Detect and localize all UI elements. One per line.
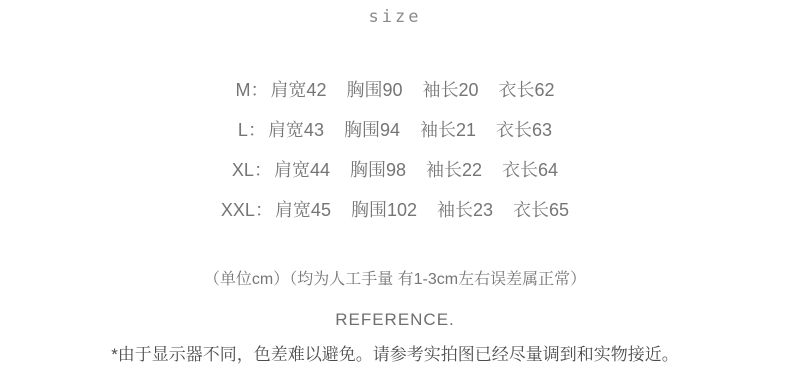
shoulder-value: 肩宽45	[275, 190, 331, 230]
length-value: 衣长62	[499, 70, 555, 110]
bust-value: 胸围90	[346, 70, 402, 110]
shoulder-value: 肩宽42	[270, 70, 326, 110]
size-label: XL：	[232, 150, 272, 190]
size-label: M：	[235, 70, 268, 110]
separator: ：	[255, 200, 273, 220]
sleeve-value: 袖长22	[426, 150, 482, 190]
separator: ：	[254, 160, 272, 180]
bust-value: 胸围94	[344, 110, 400, 150]
color-difference-disclaimer: *由于显示器不同，色差难以避免。请参考实拍图已经尽量调到和实物接近。	[0, 344, 790, 366]
page-title: size	[0, 7, 790, 27]
reference-note: REFERENCE.	[0, 309, 790, 331]
size-label: L：	[238, 110, 266, 150]
bust-value: 胸围102	[351, 190, 417, 230]
length-value: 衣长63	[496, 110, 552, 150]
size-label: XXL：	[221, 190, 273, 230]
table-row-l: L：肩宽43胸围94袖长21衣长63	[0, 110, 790, 150]
bust-value: 胸围98	[350, 150, 406, 190]
table-row-xxl: XXL：肩宽45胸围102袖长23衣长65	[0, 190, 790, 230]
separator: ：	[248, 120, 266, 140]
unit-note: （单位cm）（均为人工手量 有1-3cm左右误差属正常）	[0, 269, 790, 291]
shoulder-value: 肩宽43	[268, 110, 324, 150]
length-value: 衣长64	[502, 150, 558, 190]
size-chart-page: size M：肩宽42胸围90袖长20衣长62 L：肩宽43胸围94袖长21衣长…	[0, 0, 790, 378]
sleeve-value: 袖长20	[423, 70, 479, 110]
sleeve-value: 袖长21	[420, 110, 476, 150]
table-row-xl: XL：肩宽44胸围98袖长22衣长64	[0, 150, 790, 190]
sleeve-value: 袖长23	[437, 190, 493, 230]
shoulder-value: 肩宽44	[274, 150, 330, 190]
length-value: 衣长65	[513, 190, 569, 230]
table-row-m: M：肩宽42胸围90袖长20衣长62	[0, 70, 790, 110]
size-table: M：肩宽42胸围90袖长20衣长62 L：肩宽43胸围94袖长21衣长63 XL…	[0, 70, 790, 230]
separator: ：	[250, 80, 268, 100]
